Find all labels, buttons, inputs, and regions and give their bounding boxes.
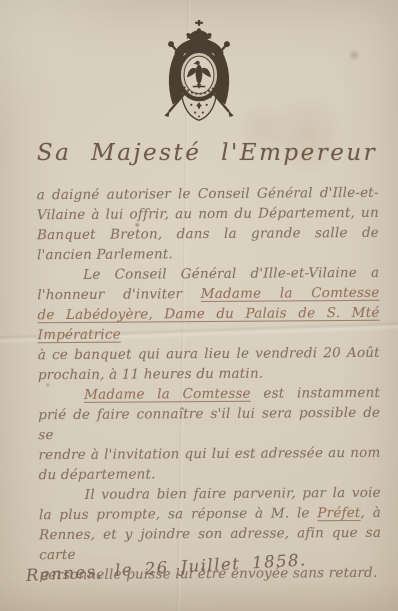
- text-line: Il voudra bien faire parvenir, par la vo…: [39, 483, 381, 505]
- text-segment: Il voudra bien faire parvenir, par la vo…: [85, 485, 381, 503]
- imperial-crest-icon: [152, 20, 246, 128]
- text-line: l'ancien Parlement.: [37, 243, 379, 265]
- text-line: prochain, à 11 heures du matin.: [38, 363, 380, 385]
- text-segment: la plus prompte, sa réponse à M. le: [39, 505, 318, 523]
- text-line: de Labédoyère, Dame du Palais de S. Mté …: [37, 303, 379, 345]
- document-page: Sa Majesté l'Empereur a daigné autoriser…: [0, 0, 398, 611]
- text-line: à ce banquet qui aura lieu le vendredi 2…: [38, 343, 380, 365]
- document-body: a daigné autoriser le Conseil Général d'…: [37, 183, 382, 585]
- text-segment: l'honneur d'inviter: [37, 286, 200, 303]
- text-segment: Le Conseil Général d'Ille-et-Vilaine a: [83, 265, 379, 283]
- text-line: l'honneur d'inviter Madame la Comtesse: [37, 283, 379, 305]
- text-segment: l'ancien Parlement.: [37, 246, 173, 263]
- text-segment: Vilaine à lui offrir, au nom du Départem…: [37, 205, 379, 223]
- text-segment: prochain, à 11 heures du matin.: [38, 366, 263, 384]
- text-segment: est instamment: [251, 385, 380, 402]
- text-line: la plus prompte, sa réponse à M. le Préf…: [39, 503, 381, 525]
- text-segment: a daigné autoriser le Conseil Général d'…: [37, 185, 379, 203]
- text-line: a daigné autoriser le Conseil Général d'…: [37, 183, 379, 205]
- text-segment: Banquet Breton, dans la grande salle de: [37, 225, 379, 243]
- text-segment: du département.: [39, 466, 156, 483]
- text-line: rendre à l'invitation qui lui est adress…: [38, 443, 380, 465]
- text-segment: rendre à l'invitation qui lui est adress…: [38, 445, 380, 463]
- fillin-text: Préfet: [317, 505, 360, 521]
- imperial-coat-of-arms: [0, 20, 398, 128]
- text-line: prié de faire connaître s'il lui sera po…: [38, 403, 380, 445]
- text-line: du département.: [39, 463, 381, 485]
- fillin-text: de Labédoyère, Dame du Palais de S. Mté …: [37, 305, 379, 343]
- text-line: Le Conseil Général d'Ille-et-Vilaine a: [37, 263, 379, 285]
- text-line: Madame la Comtesse est instamment: [38, 383, 380, 405]
- text-segment: , à: [360, 505, 381, 521]
- text-line: Vilaine à lui offrir, au nom du Départem…: [37, 203, 379, 225]
- text-line: Banquet Breton, dans la grande salle de: [37, 223, 379, 245]
- fillin-text: Madame la Comtesse: [201, 285, 380, 302]
- text-segment: à ce banquet qui aura lieu le vendredi 2…: [38, 345, 380, 363]
- document-heading: Sa Majesté l'Empereur: [0, 140, 398, 166]
- text-segment: prié de faire connaître s'il lui sera po…: [38, 405, 380, 443]
- fillin-text: Madame la Comtesse: [84, 386, 251, 403]
